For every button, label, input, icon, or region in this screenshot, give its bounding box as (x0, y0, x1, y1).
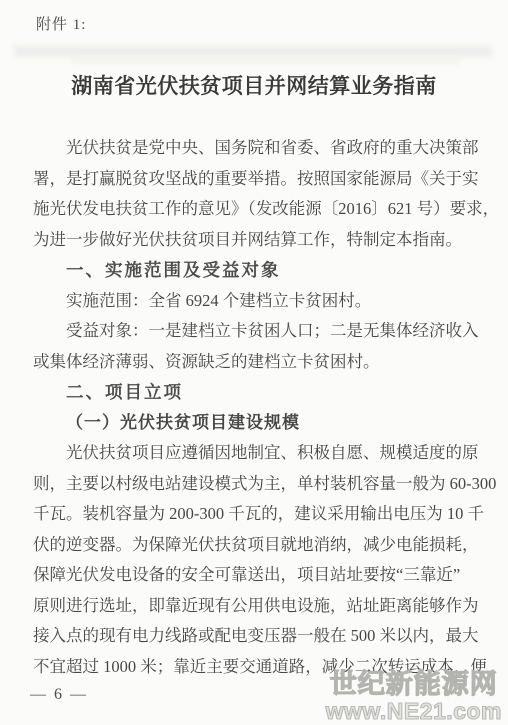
section2-body-line: 接入点的现有电力线路或配电变压器一般在 500 米以内，最大 (33, 621, 485, 652)
document-title: 湖南省光伏扶贫项目并网结算业务指南 (0, 70, 508, 100)
section2-body-line: 千瓦。装机容量为 200-300 千瓦的，建议采用输出电压为 10 千 (33, 499, 485, 530)
section2-body-line: 光伏扶贫项目应遵循因地制宜、积极自愿、规模适度的原 (33, 438, 485, 469)
section1-scope-line: 实施范围：全省 6924 个建档立卡贫困村。 (33, 286, 485, 317)
intro-line: 为进一步做好光伏扶贫项目并网结算工作，特制定本指南。 (33, 225, 485, 256)
scanned-document-page: 附件 1: 湖南省光伏扶贫项目并网结算业务指南 光伏扶贫是党中央、国务院和省委、… (0, 0, 508, 725)
page-number: — 6 — (30, 686, 88, 704)
section2-heading: 二、项目立项 (33, 377, 485, 408)
section2-body-line: 伏的逆变器。为保障光伏扶贫项目就地消纳，减少电能损耗， (33, 530, 485, 561)
scan-bleedthrough-smudge (14, 46, 492, 57)
section2-body-line: 不宜超过 1000 米；靠近主要交通道路，减少二次转运成本，便 (33, 652, 485, 683)
scan-bleedthrough-smudge (70, 59, 460, 64)
section1-beneficiary-line: 或集体经济薄弱、资源缺乏的建档立卡贫困村。 (33, 347, 485, 378)
attachment-label: 附件 1: (36, 13, 86, 34)
section2-sub-heading: （一）光伏扶贫项目建设规模 (33, 408, 485, 439)
section1-beneficiary-line: 受益对象：一是建档立卡贫困人口；二是无集体经济收入 (33, 316, 485, 347)
section2-body-line: 保障光伏发电设备的安全可靠送出，项目站址要按“三靠近” (33, 560, 485, 591)
section2-body-line: 原则进行选址，即靠近现有公用供电设施，站址距离能够作为 (33, 591, 485, 622)
section1-heading: 一、实施范围及受益对象 (33, 255, 485, 286)
intro-line: 署，是打赢脱贫攻坚战的重要举措。按照国家能源局《关于实 (33, 164, 485, 195)
document-body: 光伏扶贫是党中央、国务院和省委、省政府的重大决策部 署，是打赢脱贫攻坚战的重要举… (33, 133, 485, 682)
section2-body-line: 则，主要以村级电站建设模式为主，单村装机容量一般为 60-300 (33, 469, 485, 500)
watermark-site-url: www.NE21.com (326, 700, 502, 723)
intro-line: 施光伏发电扶贫工作的意见》（发改能源〔2016〕621 号）要求， (33, 194, 485, 225)
intro-line: 光伏扶贫是党中央、国务院和省委、省政府的重大决策部 (33, 133, 485, 164)
